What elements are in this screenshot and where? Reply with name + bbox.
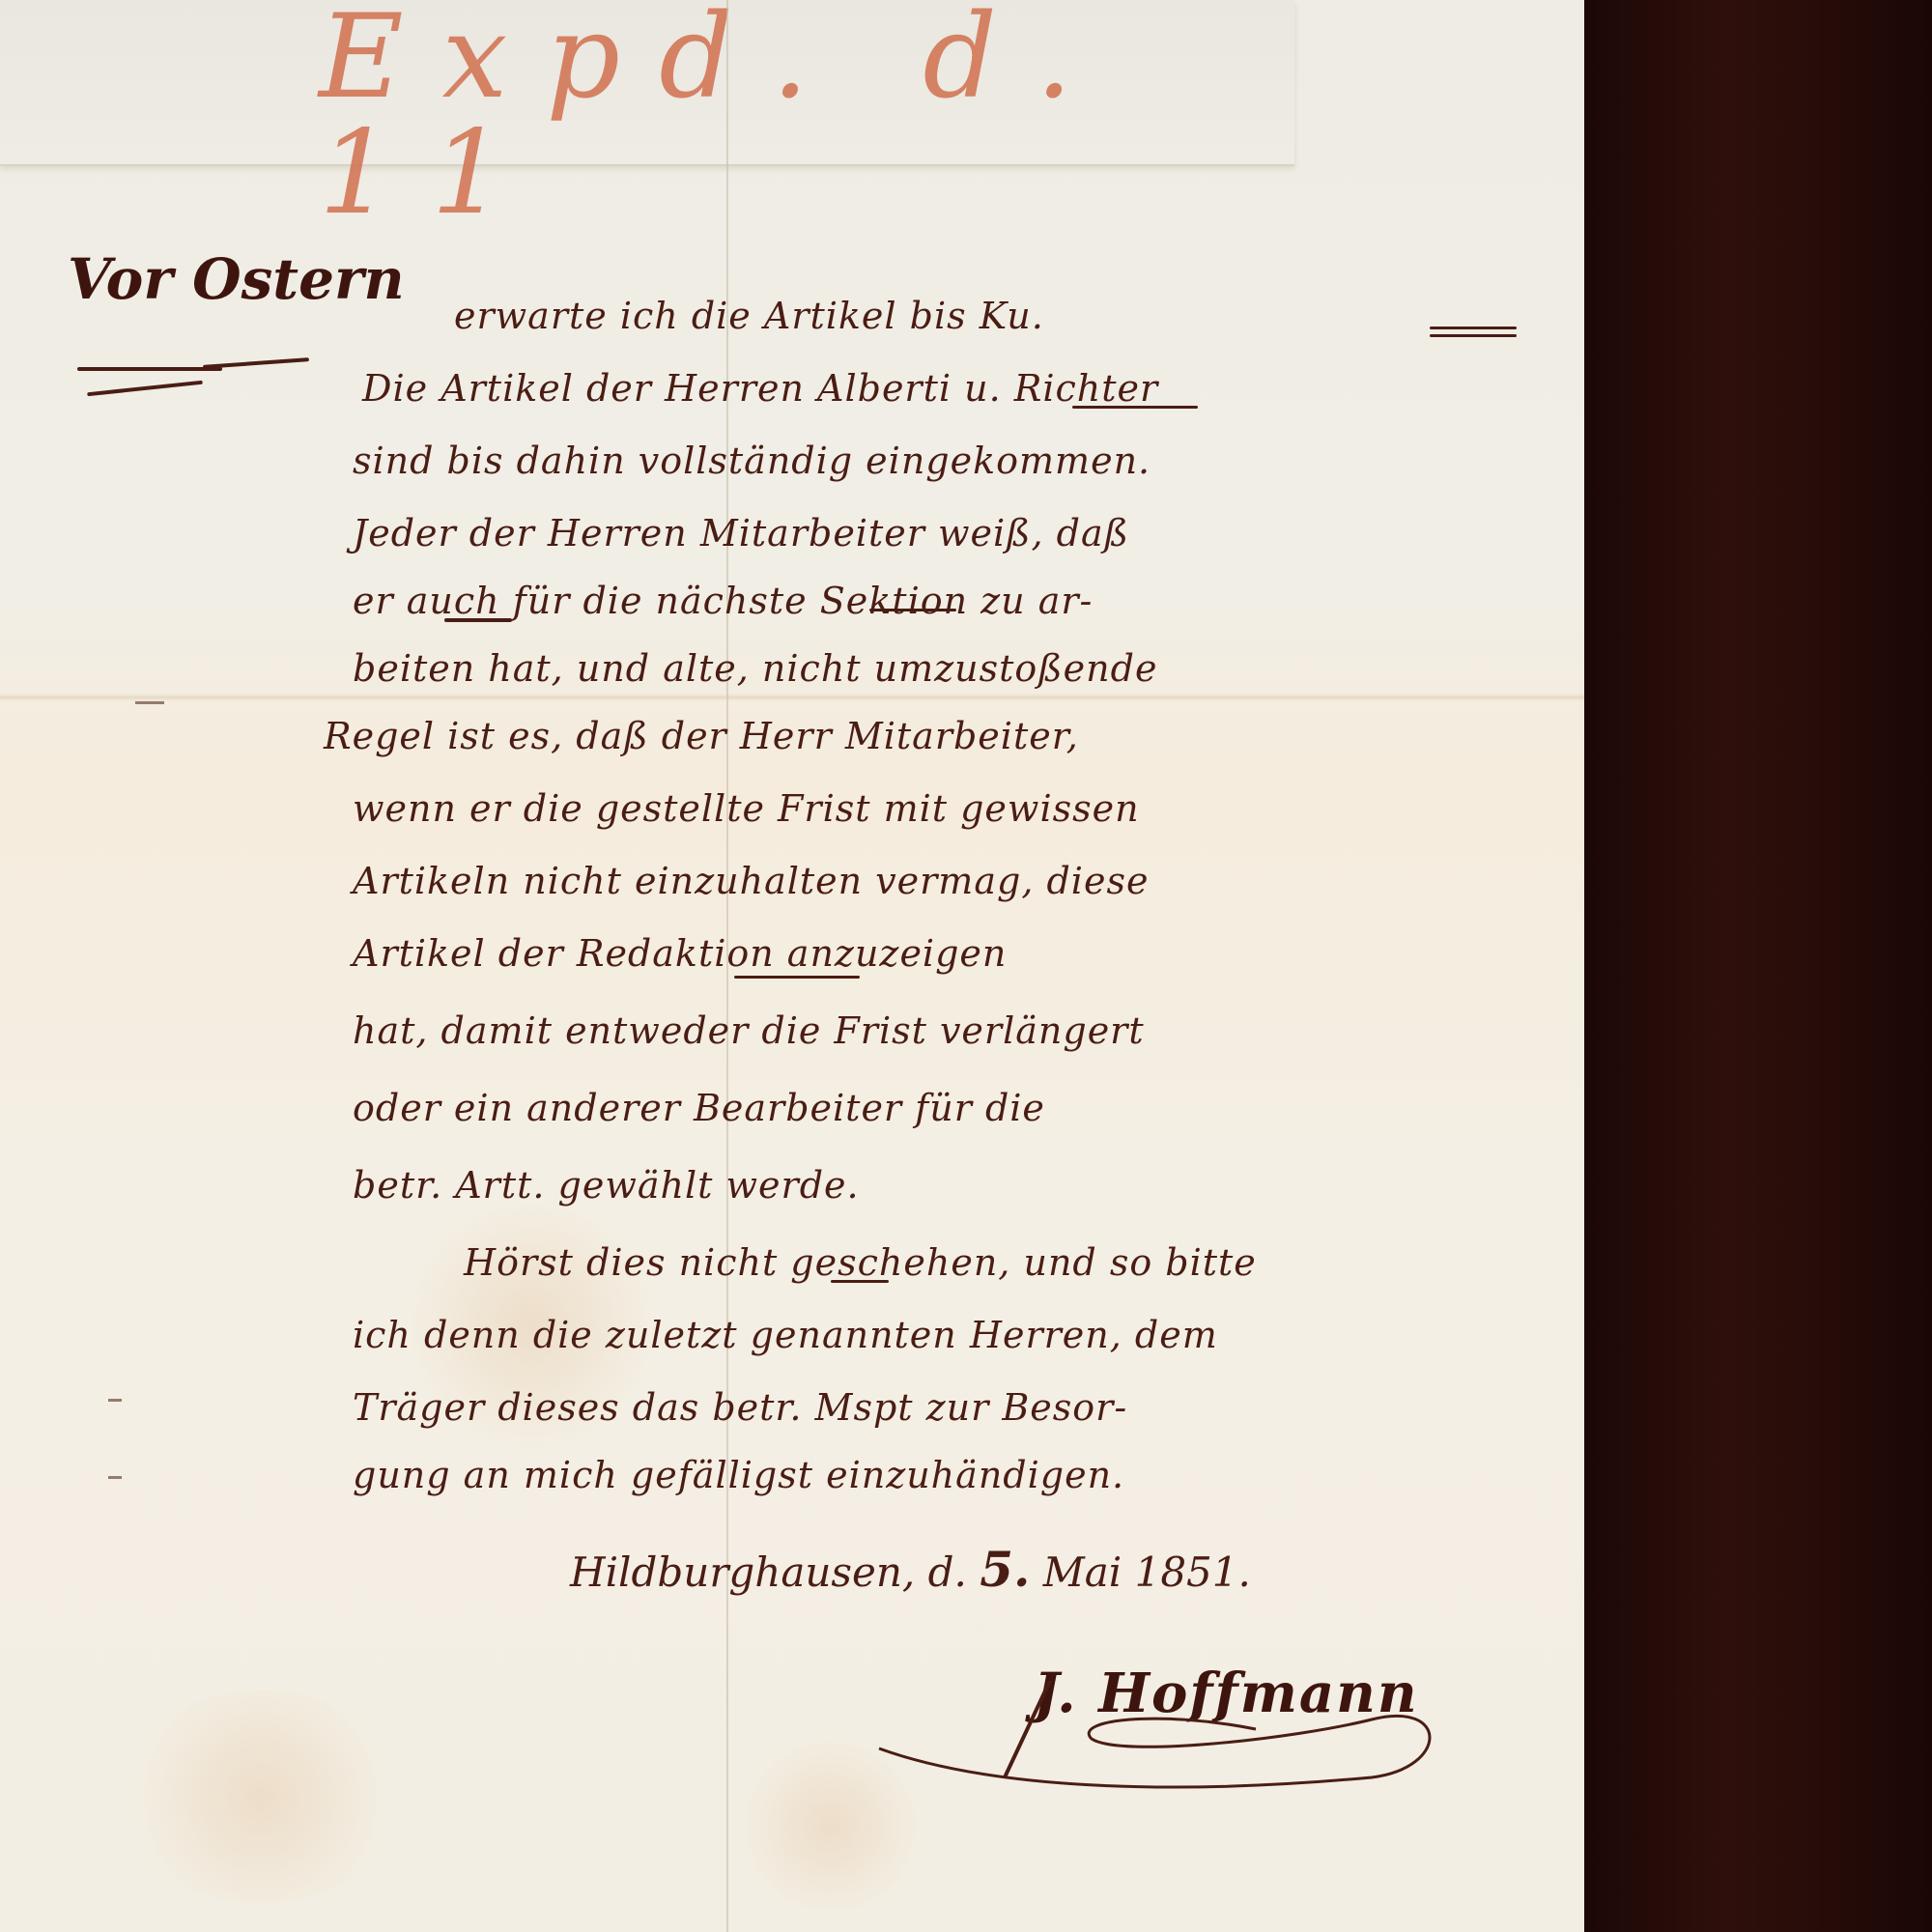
letter-line-11: hat, damit entweder die Frist verlängert <box>353 1009 1145 1052</box>
letter-body: Vor Ostern erwarte ich die Artikel bis K… <box>0 0 1584 1932</box>
date-year: 1851. <box>1135 1548 1251 1596</box>
underline-ku <box>1430 334 1517 337</box>
salutation-underline <box>87 381 203 397</box>
underline-naechste <box>869 609 956 611</box>
letter-line-10: Artikel der Redaktion anzuzeigen <box>353 932 1007 975</box>
letter-line-16: Träger dieses das betr. Mspt zur Besor- <box>353 1386 1127 1429</box>
place-and-date: Hildburghausen, d. 5. Mai 1851. <box>570 1541 1251 1598</box>
letter-line-12: oder ein anderer Bearbeiter für die <box>353 1087 1045 1129</box>
date-month: Mai <box>1043 1548 1122 1596</box>
underline-nicht <box>831 1280 889 1283</box>
letter-line-17: gung an mich gefälligst einzuhändigen. <box>353 1454 1124 1496</box>
underline-ku <box>1430 327 1517 329</box>
salutation-underline <box>77 367 222 371</box>
salutation: Vor Ostern <box>68 246 405 312</box>
letter-line-5: er auch für die nächste Sektion zu ar- <box>353 580 1093 622</box>
letter-line-7: Regel ist es, daß der Herr Mitarbeiter, <box>324 715 1079 757</box>
underline-alberti <box>1072 406 1198 409</box>
wooden-table-background <box>1584 0 1932 1932</box>
letter-line-13: betr. Artt. gewählt werde. <box>353 1164 860 1207</box>
letter-paper: Expd. d. 11 Vor Ostern erwarte ich die A… <box>0 0 1584 1932</box>
margin-tick-mark <box>135 701 164 704</box>
date-prefix: d. <box>928 1548 967 1596</box>
letter-line-14: Hörst dies nicht geschehen, und so bitte <box>464 1241 1257 1284</box>
letter-line-4: Jeder der Herren Mitarbeiter weiß, daß <box>353 512 1129 554</box>
underline-redaktion <box>734 976 860 979</box>
place: Hildburghausen, <box>570 1548 915 1596</box>
letter-line-1: erwarte ich die Artikel bis Ku. <box>454 295 1044 337</box>
letter-line-2: Die Artikel der Herren Alberti u. Richte… <box>362 367 1158 410</box>
letter-line-9: Artikeln nicht einzuhalten vermag, diese <box>353 860 1149 902</box>
underline-auch <box>444 618 512 622</box>
letter-line-8: wenn er die gestellte Frist mit gewissen <box>353 787 1140 830</box>
margin-tick-mark <box>108 1476 122 1479</box>
margin-tick-mark <box>108 1399 122 1402</box>
date-day: 5. <box>980 1541 1030 1598</box>
letter-line-15: ich denn die zuletzt genannten Herren, d… <box>353 1314 1218 1356</box>
salutation-underline <box>203 357 309 369</box>
letter-line-3: sind bis dahin vollständig eingekommen. <box>353 440 1151 482</box>
signature-flourish <box>869 1681 1468 1845</box>
letter-line-6: beiten hat, und alte, nicht umzustoßende <box>353 647 1157 690</box>
